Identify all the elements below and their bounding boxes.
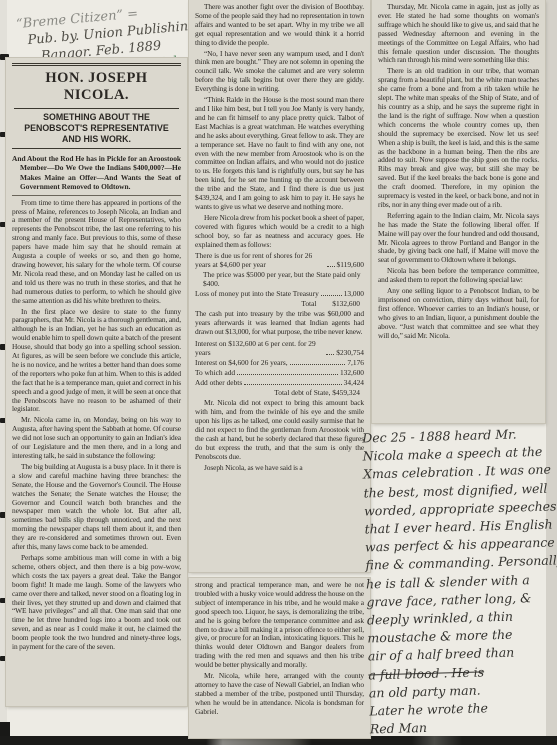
- paragraph: There is an old tradition in our tribe, …: [378, 67, 539, 210]
- article-subhead: SOMETHING ABOUT THE PENOBSCOT'S REPRESEN…: [14, 108, 179, 145]
- figure-total-amount: $132,600: [332, 299, 360, 308]
- article-deck: And About the Rod He has in Pickle for a…: [12, 152, 181, 196]
- paragraph: Mr. Nicola, while here, arranged with th…: [195, 672, 364, 717]
- paragraph: Mr. Nicola did not expect to bring this …: [195, 399, 364, 461]
- figure-total-label: Total: [301, 299, 316, 308]
- figure-label: Interest on $132,600 at 6 per cent. for …: [195, 339, 324, 357]
- paragraph: “Think Ralde in the House is the most so…: [195, 96, 364, 212]
- figure-amount: $119,600: [337, 260, 364, 269]
- paragraph: Here Nicola drew from his pocket book a …: [195, 214, 364, 250]
- paragraph: There was another fight over the divisio…: [195, 3, 364, 48]
- figure-label: Loss of money put into the State Treasur…: [195, 289, 319, 298]
- dot-leader: [237, 374, 338, 375]
- paragraph: The big building at Augusta is a busy pl…: [12, 463, 181, 552]
- figure-amount: $230,754: [336, 348, 364, 357]
- paragraph: Any one selling liquor to a Penobscot In…: [378, 287, 539, 340]
- dot-leader: [327, 266, 335, 267]
- paragraph: Referring again to the Indian claim, Mr.…: [378, 212, 539, 265]
- paragraph: Perhaps some ambitious man will come in …: [12, 554, 181, 652]
- paragraph: The cash put into treasury by the tribe …: [195, 310, 364, 337]
- dot-leader: [290, 364, 346, 365]
- paragraph: Mr. Nicola came in, on Monday, being on …: [12, 416, 181, 461]
- scrapbook-page: “Breme Citizen” = Pub. by. Union Publish…: [0, 0, 557, 745]
- paragraph: strong and practical temperance man, and…: [195, 581, 364, 670]
- figure-amount: 34,424: [344, 378, 364, 387]
- clipping-column-middle-upper: There was another fight over the divisio…: [189, 0, 370, 572]
- figure-amount: 13,000: [344, 289, 364, 298]
- figure-row: Loss of money put into the State Treasur…: [195, 289, 364, 298]
- paragraph: Joseph Nicola, as we have said is a: [195, 464, 364, 473]
- clipping-column-middle-lower: strong and practical temperance man, and…: [189, 578, 370, 738]
- paragraph: “No, I have never seen any wampum used, …: [195, 50, 364, 95]
- figure-row: There is due us for rent of shores for 2…: [195, 251, 364, 269]
- figure-label: Add other debts: [195, 378, 242, 387]
- figure-amount: 7,176: [347, 358, 364, 367]
- clipping-column-left: HON. JOSEPH NICOLA. SOMETHING ABOUT THE …: [6, 58, 187, 706]
- figure-row: Interest on $4,600 for 26 years, 7,176: [195, 358, 364, 367]
- dot-leader: [244, 384, 341, 385]
- paragraph: In the first place we desire to state to…: [12, 308, 181, 415]
- dot-leader: [326, 354, 334, 355]
- headline-box: HON. JOSEPH NICOLA. SOMETHING ABOUT THE …: [12, 63, 181, 149]
- figure-label: There is due us for rent of shores for 2…: [195, 251, 325, 269]
- figures-table: There is due us for rent of shores for 2…: [195, 251, 364, 397]
- paragraph: Nicola has been before the temperance co…: [378, 267, 539, 285]
- figure-label: To which add: [195, 368, 235, 377]
- paragraph: Thursday, Mr. Nicola came in again, just…: [378, 3, 539, 65]
- figure-row: Add other debts 34,424: [195, 378, 364, 387]
- figure-row: Interest on $132,600 at 6 per cent. for …: [195, 339, 364, 357]
- scan-corner-mark: [0, 722, 10, 736]
- dot-leader: [321, 295, 342, 296]
- figure-grand-total: Total debt of State, $459,324: [195, 388, 360, 397]
- article-headline: HON. JOSEPH NICOLA.: [14, 70, 179, 104]
- paragraph: From time to time there has appeared in …: [12, 199, 181, 306]
- figure-row: To which add 132,600: [195, 368, 364, 377]
- handwritten-diary-note: Dec 25 - 1888 heard Mr. Nicola make a sp…: [362, 425, 557, 739]
- figure-label: Interest on $4,600 for 26 years,: [195, 358, 288, 367]
- clipping-column-right: Thursday, Mr. Nicola came in again, just…: [372, 0, 545, 423]
- figure-amount: 132,600: [340, 368, 364, 377]
- figure-total: Total $132,600: [195, 299, 360, 308]
- figure-note: The price was $5000 per year, but the St…: [203, 270, 364, 288]
